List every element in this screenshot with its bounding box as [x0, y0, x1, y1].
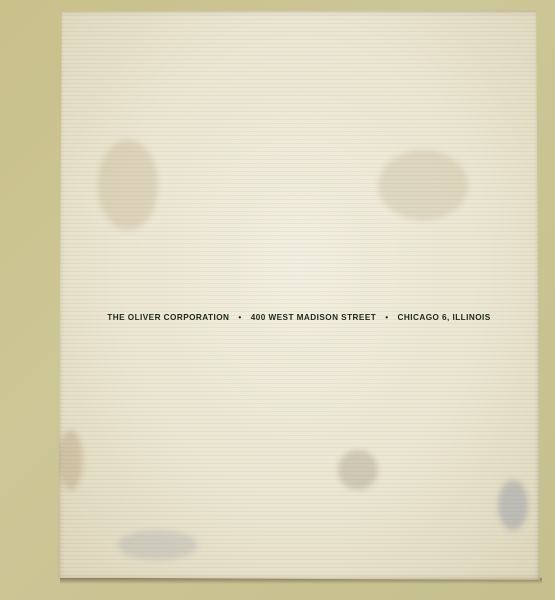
- company-name: THE OLIVER CORPORATION: [107, 313, 229, 322]
- publisher-imprint: THE OLIVER CORPORATION•400 WEST MADISON …: [58, 313, 540, 322]
- separator: •: [238, 313, 241, 322]
- stain: [498, 480, 528, 530]
- separator: •: [385, 313, 388, 322]
- stain: [378, 150, 468, 220]
- city-address: CHICAGO 6, ILLINOIS: [398, 313, 491, 322]
- stain: [118, 530, 198, 560]
- stain: [338, 450, 378, 490]
- back-cover: THE OLIVER CORPORATION•400 WEST MADISON …: [58, 10, 540, 580]
- street-address: 400 WEST MADISON STREET: [251, 313, 376, 322]
- stain: [98, 140, 158, 230]
- stain: [58, 430, 83, 490]
